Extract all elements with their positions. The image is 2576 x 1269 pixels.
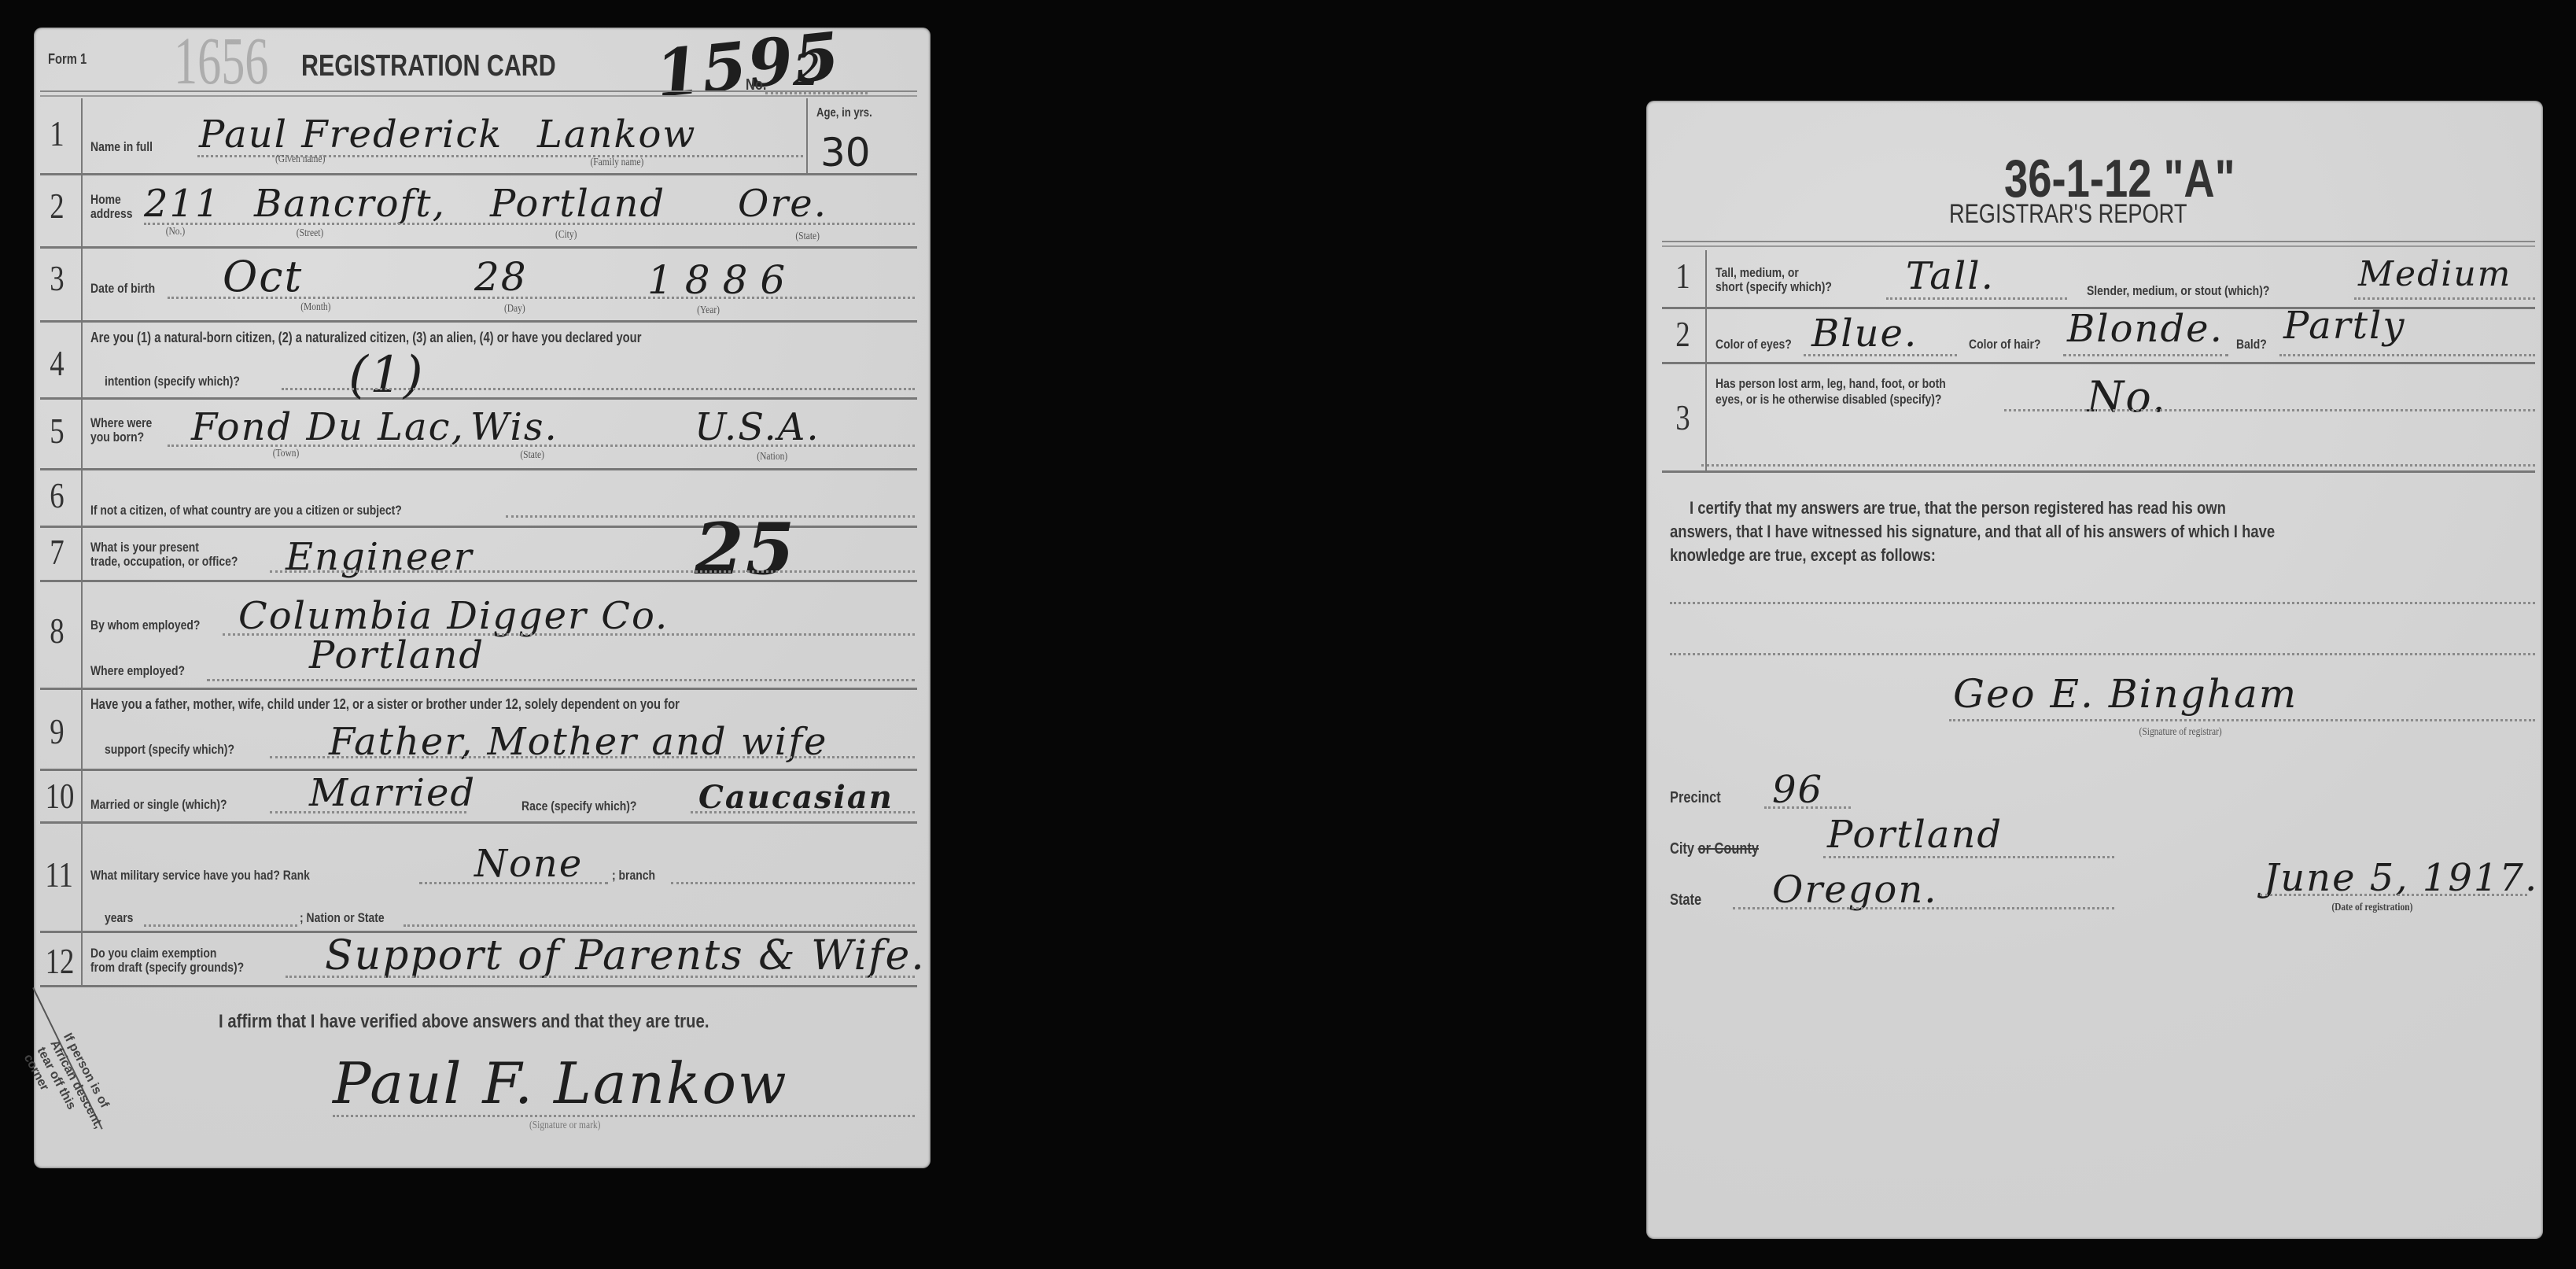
certification-line-3: knowledge are true, except as follows:: [1670, 545, 1936, 566]
card-title: REGISTRATION CARD: [301, 50, 556, 83]
nation-state-label: ; Nation or State: [300, 910, 385, 926]
city-label: City or County: [1670, 840, 1759, 858]
row-number: 7: [50, 531, 64, 573]
military-question: What military service have you had? Rank: [90, 868, 310, 884]
disability-label: Has person lost arm, leg, hand, foot, or…: [1715, 376, 1946, 408]
disability-answer: No.: [2087, 372, 2167, 422]
registrar-signature: Geo E. Bingham: [1953, 671, 2298, 717]
citizenship-answer: (1): [348, 346, 425, 404]
caption-state: (State): [795, 231, 820, 243]
row-number: 10: [46, 775, 75, 817]
birth-town: Fond Du Lac,: [191, 405, 465, 449]
foreign-citizenship-question: If not a citizen, of what country are yo…: [90, 503, 402, 518]
certification-line-1: I certify that my answers are true, that…: [1690, 498, 2226, 518]
caption-city: (City): [555, 229, 577, 242]
registration-date-caption: (Date of registration): [2331, 902, 2412, 914]
row-number: 11: [45, 854, 72, 895]
precinct-label: Precinct: [1670, 789, 1721, 807]
caption-day: (Day): [504, 303, 525, 315]
county-struck: or County: [1698, 840, 1759, 858]
state-value: Oregon.: [1772, 868, 1938, 912]
registrant-signature: Paul F. Lankow: [333, 1050, 788, 1116]
where-employed: Portland: [309, 633, 485, 677]
dob-label: Date of birth: [90, 281, 155, 297]
caption-month: (Month): [300, 301, 330, 314]
row-number: 2: [50, 185, 64, 227]
row-number: 6: [50, 474, 64, 516]
family-name-caption: (Family name): [590, 157, 643, 169]
row-number: 1: [1675, 255, 1690, 297]
signature-caption: (Signature or mark): [529, 1120, 601, 1132]
name-label: Name in full: [90, 139, 153, 155]
precinct-value: 96: [1772, 768, 1823, 812]
registrars-report-card: 36-1-12 "A" REGISTRAR'S REPORT 1 Tall, m…: [1646, 101, 2543, 1239]
city-value: Portland: [1827, 813, 2003, 857]
branch-label: ; branch: [612, 868, 655, 884]
row-number: 2: [1675, 313, 1690, 355]
hair-value: Blonde.: [2067, 307, 2224, 351]
eyes-label: Color of eyes?: [1715, 337, 1792, 352]
tear-off-corner-note: If person is of African descent, tear of…: [20, 1031, 120, 1145]
where-employed-label: Where employed?: [90, 663, 185, 679]
row-number: 4: [50, 342, 64, 384]
family-name: Lankow: [537, 113, 696, 157]
row-number: 1: [50, 113, 64, 154]
certification-line-2: answers, that I have witnessed his signa…: [1670, 522, 2275, 542]
form-label: Form 1: [48, 51, 87, 68]
birth-state: Wis.: [470, 405, 558, 449]
report-title: REGISTRAR'S REPORT: [1949, 199, 2187, 230]
build-label: Slender, medium, or stout (which)?: [2087, 283, 2269, 299]
row-number: 12: [46, 940, 75, 982]
caption-town: (Town): [273, 448, 300, 460]
occupation-label: What is your presenttrade, occupation, o…: [90, 540, 238, 569]
bald-value: Partly: [2283, 304, 2405, 348]
row-number: 9: [50, 710, 64, 752]
race-value: Caucasian: [698, 779, 894, 816]
given-name-caption: (Given name): [275, 153, 325, 166]
exemption-answer: Support of Parents & Wife.: [325, 932, 926, 979]
caption-nation: (Nation): [757, 451, 787, 463]
dob-day: 28: [474, 254, 528, 300]
hair-label: Color of hair?: [1969, 337, 2040, 352]
address-city: Portland: [490, 182, 665, 226]
address-number: 211: [144, 182, 221, 226]
dob-month: Oct: [223, 252, 303, 301]
employer-name: Columbia Digger Co.: [238, 594, 669, 638]
eyes-value: Blue.: [1811, 312, 1918, 356]
build-value: Medium: [2358, 254, 2512, 294]
address-street: Bancroft,: [254, 182, 446, 226]
row-number: 3: [50, 257, 64, 299]
registration-card: Form 1 1656 REGISTRATION CARD 1595 No. 2…: [34, 28, 931, 1168]
marital-status: Married: [309, 771, 476, 815]
caption-no: (No.): [166, 226, 186, 238]
exemption-label: Do you claim exemptionfrom draft (specif…: [90, 946, 244, 975]
occupation-annotation: 25: [695, 507, 796, 591]
dependents-question-line2: support (specify which)?: [105, 742, 234, 758]
given-name: Paul Frederick: [199, 113, 503, 157]
affirmation-text: I affirm that I have verified above answ…: [219, 1011, 709, 1033]
years-label: years: [105, 910, 133, 926]
row-number: 8: [50, 610, 64, 651]
registrar-signature-caption: (Signature of registrar): [2139, 726, 2222, 739]
card-number: 2: [793, 45, 823, 96]
caption-street: (Street): [297, 227, 323, 240]
birth-nation: U.S.A.: [695, 405, 820, 449]
address-state: Ore.: [738, 182, 827, 226]
marital-label: Married or single (which)?: [90, 797, 227, 813]
citizenship-question: Are you (1) a natural-born citizen, (2) …: [90, 330, 641, 346]
bald-label: Bald?: [2236, 337, 2267, 352]
row-number: 3: [1675, 397, 1690, 438]
caption-state: (State): [520, 449, 544, 462]
height-value: Tall.: [1906, 254, 1995, 298]
race-label: Race (specify which)?: [521, 799, 636, 814]
military-rank: None: [474, 842, 583, 886]
employer-label: By whom employed?: [90, 618, 200, 633]
stamp-number: 1656: [174, 21, 268, 100]
citizenship-question-line2: intention (specify which)?: [105, 374, 240, 389]
age-value: 30: [820, 130, 871, 175]
state-label: State: [1670, 891, 1701, 909]
age-label: Age, in yrs.: [816, 106, 872, 120]
home-address-label: Homeaddress: [90, 193, 132, 221]
birthplace-label: Where wereyou born?: [90, 416, 152, 445]
caption-year: (Year): [697, 304, 720, 317]
height-label: Tall, medium, orshort (specify which)?: [1715, 266, 1832, 294]
dependents-question: Have you a father, mother, wife, child u…: [90, 696, 680, 713]
row-number: 5: [50, 410, 64, 452]
